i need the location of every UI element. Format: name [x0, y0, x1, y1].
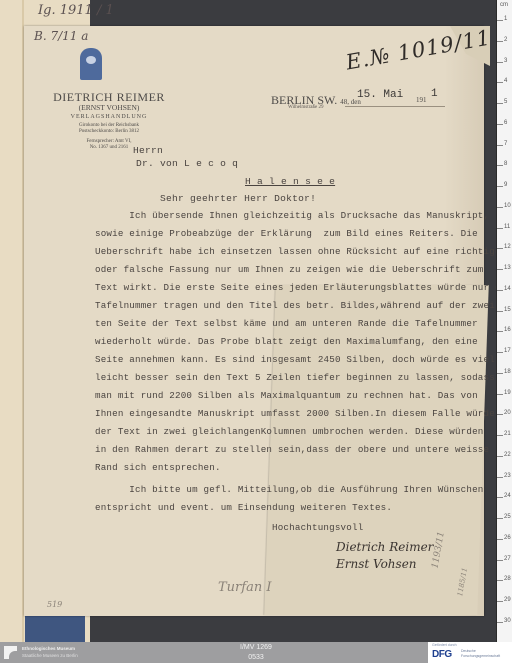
body-line: Ich bitte um gefl. Mitteilung,ob die Aus…: [95, 484, 484, 495]
pencil-note-turfan: Turfan I: [218, 580, 271, 595]
body-line: entspricht und event. um Einsendung weit…: [95, 502, 392, 513]
body-line: der Text in zwei gleichlangenKolumnen um…: [95, 426, 484, 437]
ruler-unit: cm: [500, 2, 508, 8]
funder-note: Gefördert durch: [432, 643, 457, 647]
body-line: Ueberschrift habe ich einsetzen lassen o…: [95, 246, 496, 257]
funder-badge: Gefördert durch DFG DeutscheForschungsge…: [428, 642, 512, 663]
salutation-to: Herrn: [133, 145, 163, 156]
archive-note-top-1: Ig. 1911 / 1: [38, 3, 114, 18]
body-line: in den Rahmen derart zu stellen sein,das…: [95, 444, 489, 455]
body-line: oder falsche Fassung nur um Ihnen zu zei…: [95, 264, 484, 275]
body-line: sowie einige Probeabzüge der Erklärung z…: [95, 228, 478, 239]
signature-2: Ernst Vohsen: [336, 557, 417, 571]
recipient-name: Dr. von L e c o q: [136, 158, 238, 169]
year-digit: 1: [431, 88, 438, 100]
body-line: Tafelnummer tragen und den Titel des bet…: [95, 300, 495, 311]
publisher-logo-icon: [80, 48, 102, 80]
date-line: [345, 106, 445, 107]
dfg-logo-icon: DFG: [432, 649, 452, 660]
body-line: man mit rund 2200 Silben als Maximalquan…: [95, 390, 478, 401]
letterhead-owner: (ERNST VOHSEN): [44, 103, 174, 112]
signature-1: Dietrich Reimer: [336, 540, 433, 554]
body-line: ten Seite der Text selbst käme und am un…: [95, 318, 478, 329]
letterhead-street: Wilhelmstraße 29: [288, 105, 323, 110]
pencil-note-left: 519: [47, 600, 62, 609]
scan-image: Ig. 1911 / 1 B. 7/11 a E.№ 1019/11 DIETR…: [0, 0, 496, 642]
letterhead-type: VERLAGSHANDLUNG: [44, 114, 174, 120]
body-line: Ich übersende Ihnen gleichzeitig als Dru…: [95, 210, 489, 221]
recipient-place: H a l e n s e e: [245, 176, 335, 187]
body-line: Ihnen eingesandte Manuskript umfasst 200…: [95, 408, 495, 419]
body-line: Seite annehmen kann. Es sind insgesamt 2…: [95, 354, 496, 365]
body-line: leicht besser sein den Text 5 Zeilen tie…: [95, 372, 495, 383]
letter-date: 15. Mai: [357, 89, 403, 101]
measurement-ruler: cm 1 2 3 4 5 6 7 8 9 10 11 12 13 14 15 1…: [496, 0, 512, 642]
body-line: wiederholt würde. Das Probe blatt zeigt …: [95, 336, 478, 347]
greeting: Sehr geehrter Herr Doktor!: [160, 193, 316, 204]
letterhead-bank-2: Postscheckkonto: Berlin 3812: [44, 129, 174, 135]
body-line: Text wirkt. Die erste Seite eines jeden …: [95, 282, 496, 293]
archive-note-top-2: B. 7/11 a: [34, 29, 88, 43]
body-line: Rand sich entsprechen.: [95, 462, 221, 473]
closing: Hochachtungsvoll: [272, 522, 363, 533]
funder-name: DeutscheForschungsgemeinschaft: [461, 649, 500, 659]
year-prefix: 191: [416, 96, 427, 104]
